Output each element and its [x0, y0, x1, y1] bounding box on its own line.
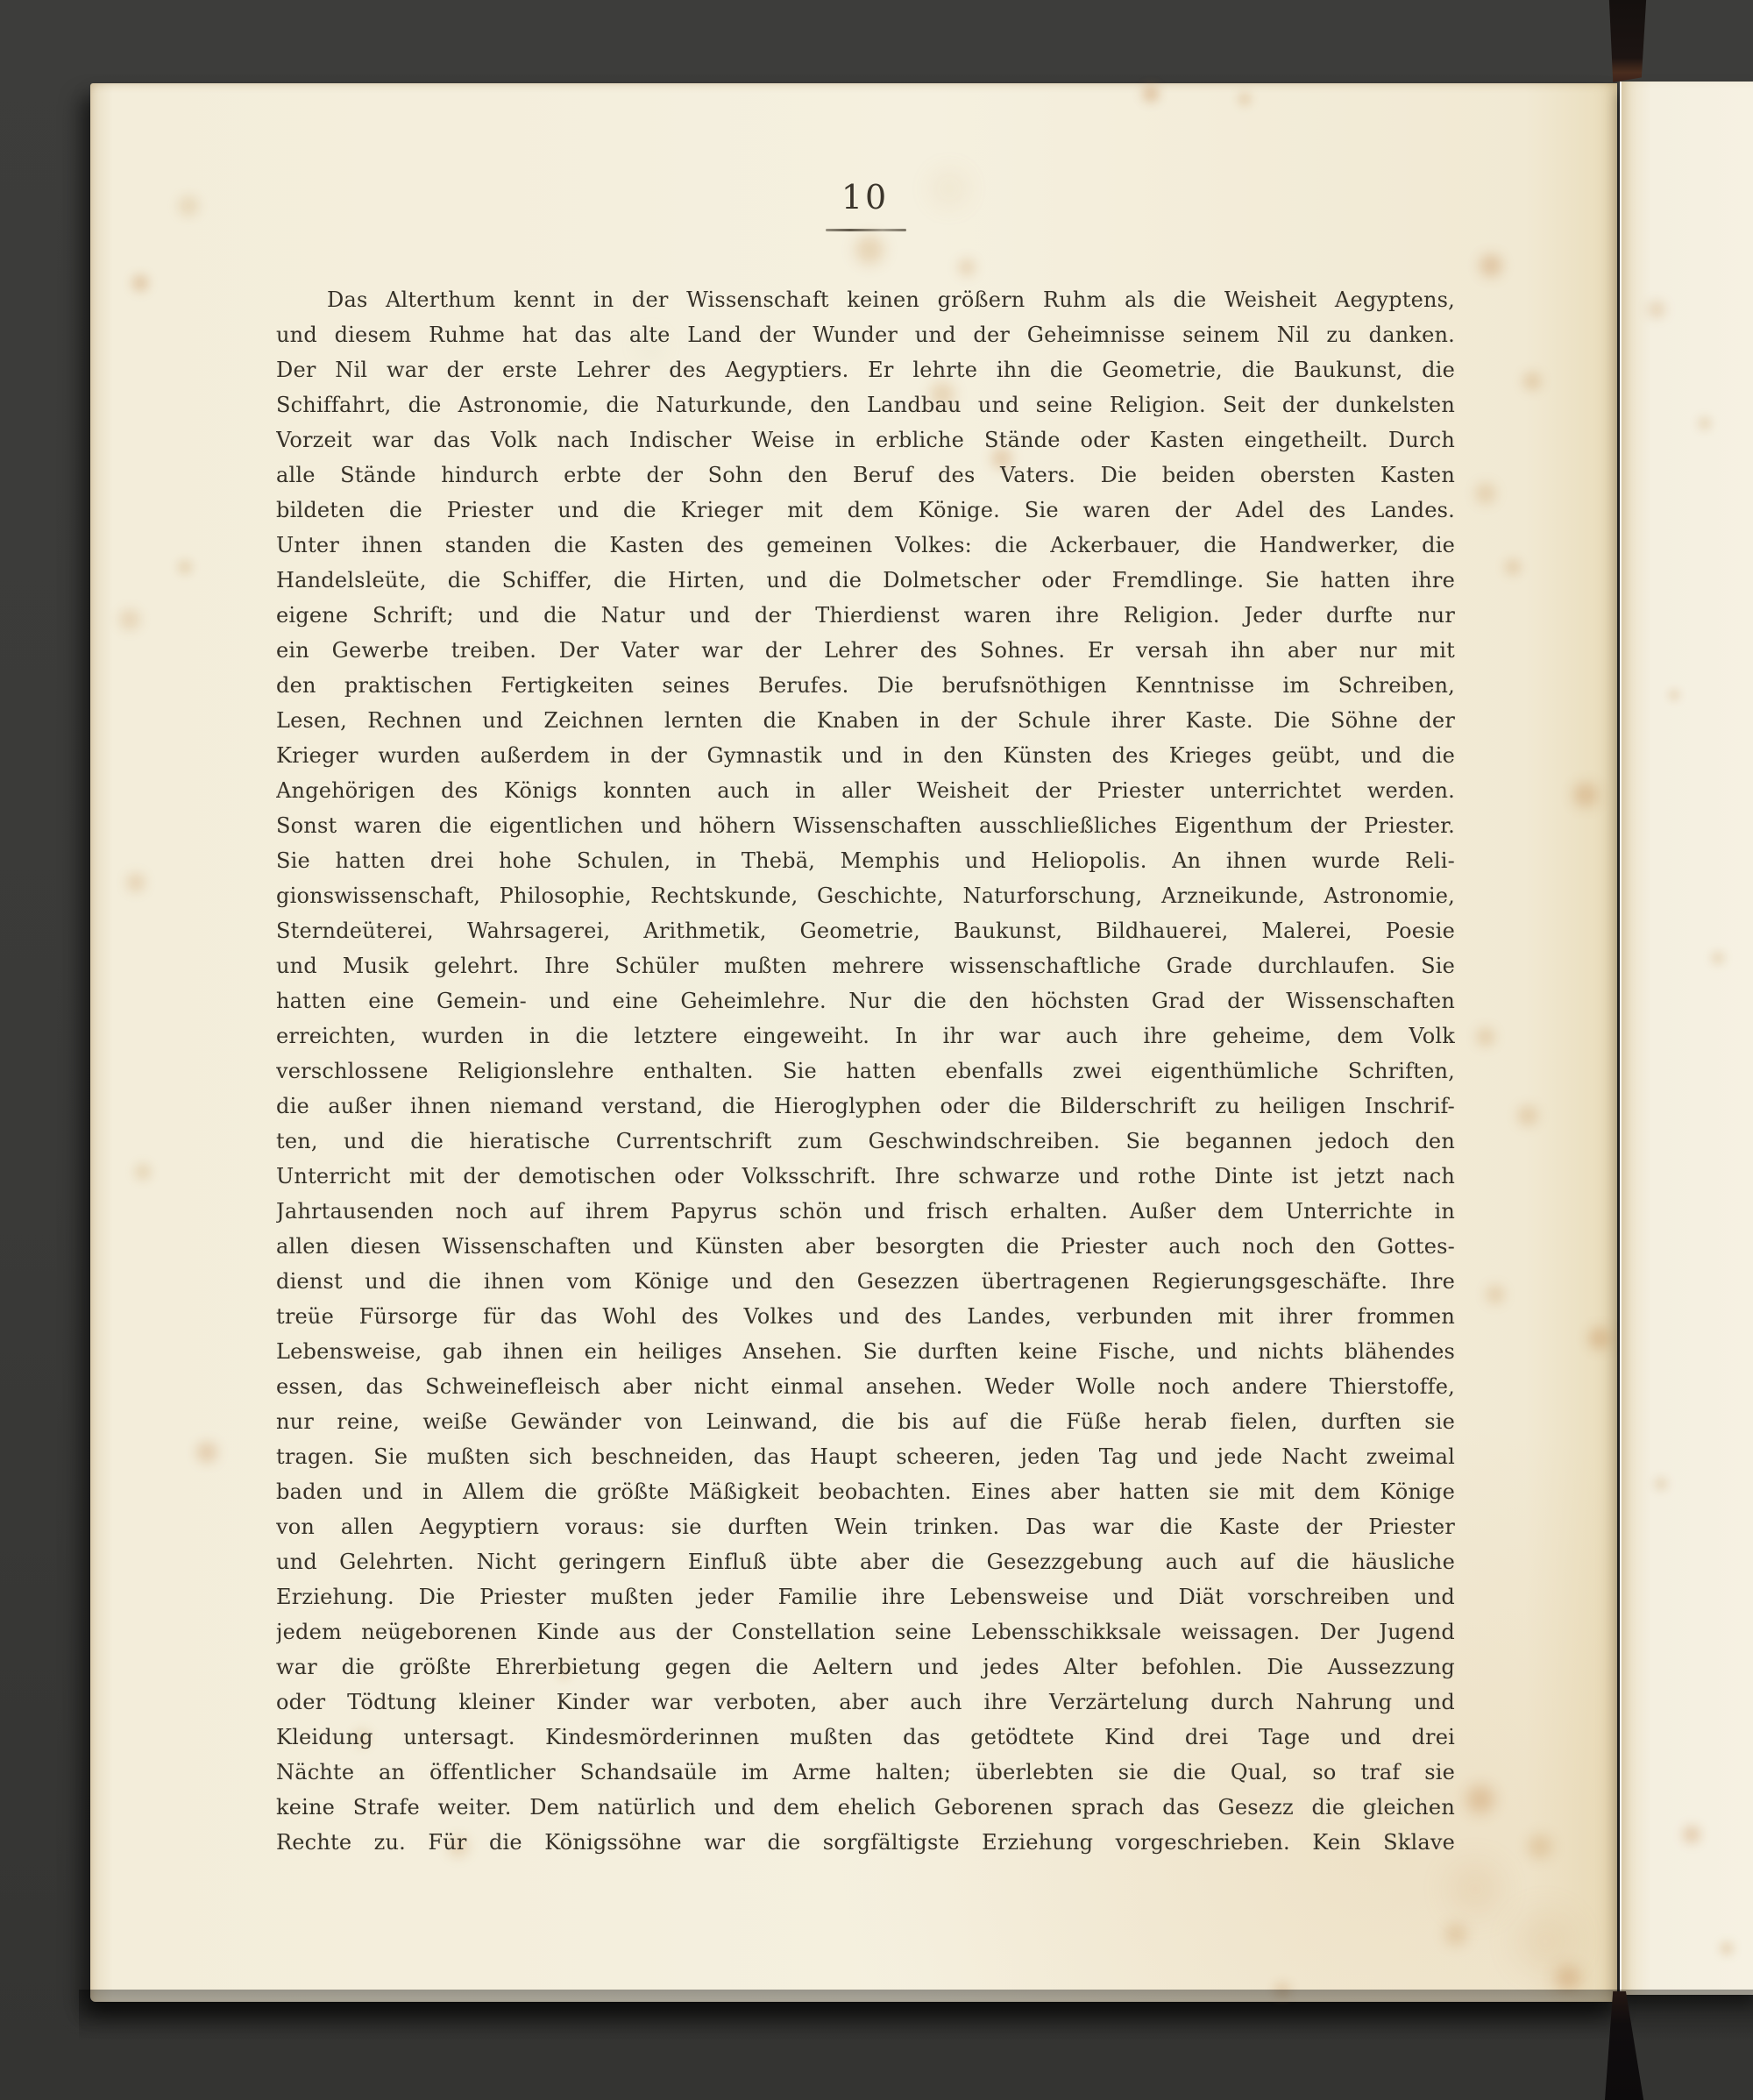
text-line: dienst und die ihnen vom Könige und den … — [276, 1264, 1455, 1299]
text-line: Nächte an öffentlicher Schandsaüle im Ar… — [276, 1755, 1455, 1790]
page-number: 10 — [841, 178, 889, 216]
text-line: allen diesen Wissenschaften und Künsten … — [276, 1229, 1455, 1264]
text-line: Handelsleüte, die Schiffer, die Hirten, … — [276, 563, 1455, 598]
body-text: Das Alterthum kennt in der Wissenschaft … — [276, 282, 1455, 1860]
bookmark-ribbon-bottom — [1605, 1991, 1645, 2100]
text-line: oder Tödtung kleiner Kinder war verboten… — [276, 1685, 1455, 1720]
facing-page-edge — [1620, 82, 1753, 1995]
text-line: und diesem Ruhme hat das alte Land der W… — [276, 317, 1455, 352]
text-line: ein Gewerbe treiben. Der Vater war der L… — [276, 633, 1455, 668]
text-line: Vorzeit war das Volk nach Indischer Weis… — [276, 422, 1455, 458]
text-line: gionswissenschaft, Philosophie, Rechtsku… — [276, 878, 1455, 913]
text-line: von allen Aegyptiern voraus: sie durften… — [276, 1509, 1455, 1544]
text-line: und Musik gelehrt. Ihre Schüler mußten m… — [276, 948, 1455, 983]
text-line: und Gelehrten. Nicht geringern Einfluß ü… — [276, 1544, 1455, 1579]
text-line: baden und in Allem die größte Mäßigkeit … — [276, 1474, 1455, 1509]
text-line: Erziehung. Die Priester mußten jeder Fam… — [276, 1579, 1455, 1614]
text-line: Sterndeüterei, Wahrsagerei, Arithmetik, … — [276, 913, 1455, 948]
scan-background: 10 Das Alterthum kennt in der Wissenscha… — [0, 0, 1753, 2100]
bookmark-ribbon-top — [1608, 0, 1647, 82]
text-line: jedem neügeborenen Kinde aus der Constel… — [276, 1614, 1455, 1649]
text-line: tragen. Sie mußten sich beschneiden, das… — [276, 1439, 1455, 1474]
text-line: Jahrtausenden noch auf ihrem Papyrus sch… — [276, 1194, 1455, 1229]
text-line: Kleidung untersagt. Kindesmörderinnen mu… — [276, 1720, 1455, 1755]
book-page: 10 Das Alterthum kennt in der Wissenscha… — [90, 83, 1617, 2002]
text-line: erreichten, wurden in die letztere einge… — [276, 1018, 1455, 1054]
text-line: Das Alterthum kennt in der Wissenschaft … — [276, 282, 1455, 317]
text-line: Sie hatten drei hohe Schulen, in Thebä, … — [276, 843, 1455, 878]
text-line: war die größte Ehrerbietung gegen die Ae… — [276, 1649, 1455, 1685]
page-number-rule — [826, 229, 906, 231]
text-line: ten, und die hieratische Currentschrift … — [276, 1124, 1455, 1159]
text-line: Unterricht mit der demotischen oder Volk… — [276, 1159, 1455, 1194]
text-line: essen, das Schweinefleisch aber nicht ei… — [276, 1369, 1455, 1404]
text-line: hatten eine Gemein- und eine Geheimlehre… — [276, 983, 1455, 1018]
text-line: Lesen, Rechnen und Zeichnen lernten die … — [276, 703, 1455, 738]
text-line: bildeten die Priester und die Krieger mi… — [276, 493, 1455, 528]
text-line: den praktischen Fertigkeiten seines Beru… — [276, 668, 1455, 703]
text-line: alle Stände hindurch erbte der Sohn den … — [276, 458, 1455, 493]
text-line: die außer ihnen niemand verstand, die Hi… — [276, 1089, 1455, 1124]
text-line: Lebensweise, gab ihnen ein heiliges Anse… — [276, 1334, 1455, 1369]
text-line: verschlossene Religionslehre enthalten. … — [276, 1054, 1455, 1089]
text-line: Schiffahrt, die Astronomie, die Naturkun… — [276, 387, 1455, 422]
text-line: Angehörigen des Königs konnten auch in a… — [276, 773, 1455, 808]
text-line: Der Nil war der erste Lehrer des Aegypti… — [276, 352, 1455, 387]
facing-page-foxing-spots — [1622, 82, 1643, 103]
text-line: Krieger wurden außerdem in der Gymnastik… — [276, 738, 1455, 773]
text-line: Sonst waren die eigentlichen und höhern … — [276, 808, 1455, 843]
text-line: Rechte zu. Für die Königssöhne war die s… — [276, 1825, 1455, 1860]
foxing-spots — [90, 83, 117, 110]
text-line: treüe Fürsorge für das Wohl des Volkes u… — [276, 1299, 1455, 1334]
text-line: eigene Schrift; und die Natur und der Th… — [276, 598, 1455, 633]
text-line: nur reine, weiße Gewänder von Leinwand, … — [276, 1404, 1455, 1439]
text-line: keine Strafe weiter. Dem natürlich und d… — [276, 1790, 1455, 1825]
text-line: Unter ihnen standen die Kasten des gemei… — [276, 528, 1455, 563]
